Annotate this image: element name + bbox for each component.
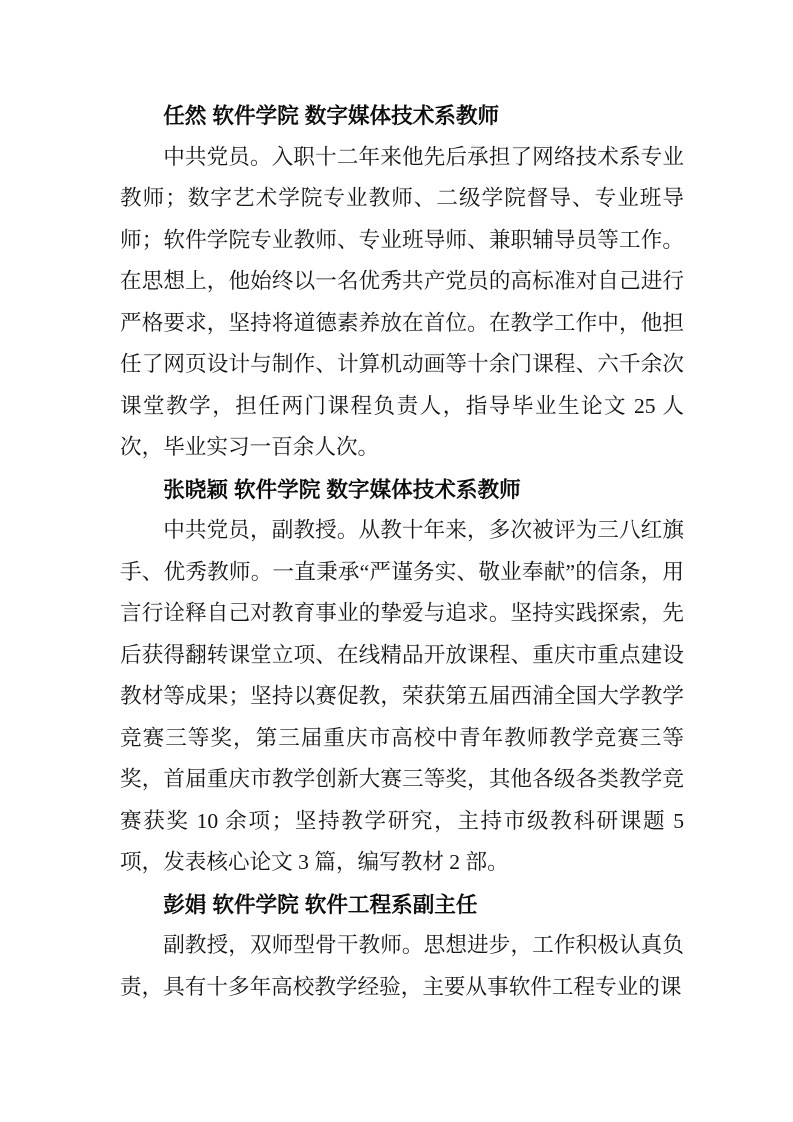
teacher-bio-3: 副教授，双师型骨干教师。思想进步，工作积极认真负责，具有十多年高校教学经验，主要… bbox=[120, 925, 684, 1008]
teacher-heading-2: 张晓颖 软件学院 数字媒体技术系教师 bbox=[120, 469, 684, 511]
teacher-profile-section-3: 彭娟 软件学院 软件工程系副主任 副教授，双师型骨干教师。思想进步，工作积极认真… bbox=[120, 884, 684, 1009]
document-page: 任然 软件学院 数字媒体技术系教师 中共党员。入职十二年来他先后承担了网络技术系… bbox=[0, 0, 793, 1122]
teacher-profile-section-1: 任然 软件学院 数字媒体技术系教师 中共党员。入职十二年来他先后承担了网络技术系… bbox=[120, 95, 684, 469]
document-content: 任然 软件学院 数字媒体技术系教师 中共党员。入职十二年来他先后承担了网络技术系… bbox=[120, 95, 684, 1008]
teacher-bio-2: 中共党员，副教授。从教十年来，多次被评为三八红旗手、优秀教师。一直秉承“严谨务实… bbox=[120, 510, 684, 884]
teacher-bio-1: 中共党员。入职十二年来他先后承担了网络技术系专业教师；数字艺术学院专业教师、二级… bbox=[120, 137, 684, 469]
teacher-profile-section-2: 张晓颖 软件学院 数字媒体技术系教师 中共党员，副教授。从教十年来，多次被评为三… bbox=[120, 469, 684, 884]
teacher-heading-1: 任然 软件学院 数字媒体技术系教师 bbox=[120, 95, 684, 137]
teacher-heading-3: 彭娟 软件学院 软件工程系副主任 bbox=[120, 884, 684, 926]
